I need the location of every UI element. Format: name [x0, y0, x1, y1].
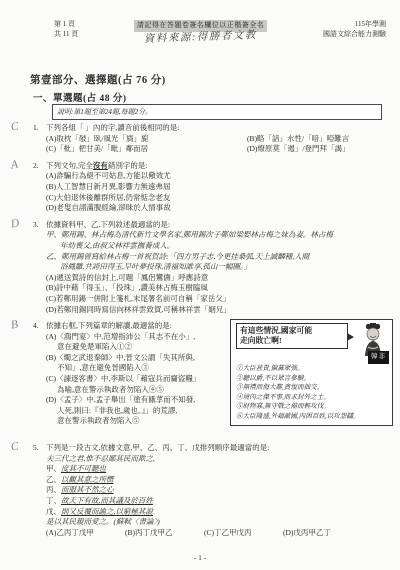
- ordering-item: 丁、故天下有故,而其議及於百姓: [46, 496, 393, 507]
- option: (A)遞送賀詩的信封上,可題「鳳侶鸞儔」呼應詩意: [46, 273, 393, 284]
- question-number: 3.: [33, 220, 46, 231]
- option-continued: 不知」,意在避免晉國陷入③: [57, 363, 235, 374]
- item-text: 則又反覆而諭之,以窮極其說: [61, 507, 153, 516]
- speech-bubble-line: 走向敗亡啊!: [240, 336, 344, 346]
- stem-text: 下列是一段古文,依據文意,甲、乙、丙、丁、戊排列順序最適當的是:: [46, 443, 269, 452]
- option: (D)戊丙甲乙丁: [283, 528, 362, 539]
- ordering-item: 甲、度其不可聽也: [46, 464, 393, 475]
- page-total-line: 共 11 頁: [54, 30, 78, 40]
- item-label: 乙、: [46, 475, 61, 484]
- option: (B)人工智慧日新月異,影響力無遠弗屆: [46, 182, 393, 193]
- exam-page: 第 1 頁 共 11 頁 請記得在答題卷簽名欄位以正楷簽全名 資料來源:得勝者文…: [0, 0, 400, 570]
- question-stem: 2.下列文句,完全沒有錯別字的是:: [33, 161, 393, 172]
- part-title: 第壹部分、選擇題(占 76 分): [30, 72, 166, 87]
- question-number: 5.: [33, 443, 46, 454]
- option: (D)老叟自詡滿腹經綸,卻昧於人情事故: [46, 203, 393, 214]
- item-label: 甲、: [46, 464, 61, 473]
- answer-options-row: (A)乙丙丁戊甲(B)丙丁戊甲乙(C)丁乙甲戊丙(D)戊丙甲乙丁: [46, 528, 393, 539]
- header-center: 請記得在答題卷簽名欄位以正楷簽全名 資料來源:得勝者文教: [78, 20, 323, 42]
- handwritten-answer-mark: D: [10, 218, 20, 230]
- exam-info: 115年學測 國語文綜合能力測驗: [323, 20, 386, 39]
- handwritten-answer-mark: C: [10, 121, 19, 133]
- item-label: 戊、: [46, 507, 61, 516]
- option: (D)〈孟子〉中,孟子舉出「塗有餓莩而不知發,: [46, 395, 224, 406]
- instructions-box: 說明:第1題至第24題,每題2分。: [52, 104, 382, 120]
- option-row: (A)取枕「攲」臥/風光「旖」旎(B)略「諳」水性/「喑」啞難言: [46, 134, 393, 145]
- stem-text: 下列各組「 」內的字,讀音前後相同的是:: [46, 123, 179, 132]
- item-text: 以觀其意之所嚮: [61, 475, 114, 484]
- option-continued: 意在避免楚軍陷入①②: [57, 342, 235, 353]
- question-stem: 5.下列是一段古文,依據文意,甲、乙、丙、丁、戊排列順序最適當的是:: [33, 443, 393, 454]
- ordering-item: 乙、以觀其意之所嚮: [46, 475, 393, 486]
- doom-signs-list: ①大臣甚貴,偏黨眾強。②聽以爵,不以眾言參驗。③無禮而侮大鄰,貪愎而拙交。④境內…: [236, 364, 388, 422]
- stem-text: 依據右框,下列篇章的解讀,最適當的是:: [46, 321, 172, 330]
- question-number: 1.: [33, 123, 46, 134]
- doom-sign-item: ④境內之傑不事,而求封外之士。: [236, 393, 388, 403]
- material-text: 甲、鄭用錫、林占梅為清代新竹文學名家,鄭用錫次子鄭如梁娶林占梅之妹為妻。林占梅: [46, 230, 393, 241]
- item-label: 丁、: [46, 496, 61, 505]
- option: (A)乙丙丁戊甲: [46, 528, 125, 539]
- question-2: A2.下列文句,完全沒有錯別字的是:(A)詐騙行為絕不可姑息,方能以儆效尤(B)…: [33, 161, 393, 214]
- material-text: 浴鳳雛,共誇田得玉,早叶夢投珠,清福知誰享,孤山一幅圖。」: [60, 262, 393, 273]
- option: (B)丙丁戊甲乙: [125, 528, 204, 539]
- doom-sign-item: ③無禮而侮大鄰,貪愎而拙交。: [236, 383, 388, 393]
- option: (D)燎原莫「遏」/登門拜「謁」: [247, 144, 350, 155]
- option-continued: 人死,則曰:『非我也,歲也。』」的荒謬,: [57, 406, 235, 417]
- handwritten-answer-mark: C: [10, 442, 19, 454]
- question-stem: 3.依據資料甲、乙,下列敘述最適當的是:: [33, 220, 393, 231]
- option-row: (C)「枇」杷甘美/「毗」鄰而居(D)燎原莫「遏」/登門拜「謁」: [46, 144, 393, 155]
- questions-list: C1.下列各組「 」內的字,讀音前後相同的是:(A)取枕「攲」臥/風光「旖」旎(…: [33, 123, 393, 544]
- option-continued: 為喻,意在警示執政者勿陷入④⑤: [57, 385, 235, 396]
- option-continued: 意在警示執政者勿陷入⑤: [57, 416, 235, 427]
- material-text: 乙、鄭用錫曾寫給林占梅一首祝賀詩:「四方男子志,今更挂桑弧,天上誠麟種,人間: [46, 252, 393, 263]
- character-name-badge: 韓非: [368, 351, 389, 364]
- subsection-title: 一、單選題(占 48 分): [33, 90, 127, 104]
- handwritten-answer-mark: A: [10, 159, 19, 171]
- item-text: 故天下有故,而其議及於百姓: [61, 496, 153, 505]
- exam-year: 115年學測: [323, 20, 386, 30]
- page-number-line: 第 1 頁: [54, 20, 78, 30]
- stem-emphasis: 沒有: [93, 161, 108, 170]
- option: (C)大伯退休後離群所居,仍常惦念老友: [46, 193, 393, 204]
- option: (B)略「諳」水性/「喑」啞難言: [247, 134, 349, 145]
- doom-sign-item: ⑥大臣隆盛,外藉敵國,內困百姓,以攻怨讎。: [236, 412, 388, 422]
- item-text: 而服其不然之心: [61, 485, 114, 494]
- question-number: 4.: [33, 321, 46, 332]
- option: (C)〈諫逐客書〉中,李斯以「藉寇兵而齎盜糧」: [46, 374, 224, 385]
- material-text: 年幼喪父,由叔父林祥雲撫養成人。: [60, 241, 393, 252]
- doom-sign-item: ②聽以爵,不以眾言參驗。: [236, 374, 388, 384]
- page-header: 第 1 頁 共 11 頁 請記得在答題卷簽名欄位以正楷簽全名 資料來源:得勝者文…: [30, 20, 386, 42]
- material-text: 夫三代之君,惟不忍鄙其民而欺之,: [46, 454, 393, 465]
- item-label: 丙、: [46, 485, 61, 494]
- question-stem: 1.下列各組「 」內的字,讀音前後相同的是:: [33, 123, 393, 134]
- option: (C)丁乙甲戊丙: [204, 528, 283, 539]
- question-3: D3.依據資料甲、乙,下列敘述最適當的是:甲、鄭用錫、林占梅為清代新竹文學名家,…: [33, 220, 393, 315]
- option: (B)〈燭之武退秦師〉中,晉文公謂「失其所與,: [46, 353, 224, 364]
- stem-text: 依據資料甲、乙,下列敘述最適當的是:: [46, 220, 170, 229]
- ordering-item: 戊、則又反覆而諭之,以窮極其說: [46, 507, 393, 518]
- material-text: 是以其民親而愛之。(蘇軾〈書論〉): [46, 517, 393, 528]
- stem-text: 下列文句,完全: [46, 161, 93, 170]
- question-5: C5.下列是一段古文,依據文意,甲、乙、丙、丁、戊排列順序最適當的是:夫三代之君…: [33, 443, 393, 538]
- page-footer: - 1 -: [0, 553, 400, 562]
- question-1: C1.下列各組「 」內的字,讀音前後相同的是:(A)取枕「攲」臥/風光「旖」旎(…: [33, 123, 393, 155]
- exam-name: 國語文綜合能力測驗: [323, 30, 386, 40]
- doom-sign-item: ⑤財物寡,無守戰之備而輕攻伐。: [236, 402, 388, 412]
- ordering-item: 丙、而服其不然之心: [46, 485, 393, 496]
- option: (B)詩中藉「得玉」、「投珠」,讚美林占梅玉樹臨風: [46, 283, 393, 294]
- page-count: 第 1 頁 共 11 頁: [30, 20, 78, 39]
- question-stem: 4.依據右框,下列篇章的解讀,最適當的是:: [33, 321, 211, 332]
- option: (D)若鄭用錫同時寫信向林祥雲致賀,可稱林祥雲「姻兄」: [46, 305, 393, 316]
- speech-bubble-line: 有這些情況,國家可能: [240, 326, 344, 336]
- option: (C)「枇」杷甘美/「毗」鄰而居: [46, 144, 247, 155]
- question-4: B4.依據右框,下列篇章的解讀,最適當的是:(A)〈鴻門宴〉中,范增指沛公「其志…: [33, 321, 393, 437]
- hint-box-top: 有這些情況,國家可能走向敗亡啊!韓非: [236, 323, 388, 360]
- option: (A)取枕「攲」臥/風光「旖」旎: [46, 134, 247, 145]
- option: (C)若鄭用錫一併附上箋札,末尾署名前可自稱「家岳父」: [46, 294, 393, 305]
- item-text: 度其不可聽也: [61, 464, 106, 473]
- doom-sign-item: ①大臣甚貴,偏黨眾強。: [236, 364, 388, 374]
- speech-bubble: 有這些情況,國家可能走向敗亡啊!: [236, 323, 348, 349]
- handwritten-answer-mark: B: [10, 320, 19, 332]
- option: (A)〈鴻門宴〉中,范增指沛公「其志不在小」,: [46, 332, 224, 343]
- stem-text: 錯別字的是:: [108, 161, 148, 170]
- option: (A)詐騙行為絕不可姑息,方能以儆效尤: [46, 171, 393, 182]
- question-number: 2.: [33, 161, 46, 172]
- hint-box: 有這些情況,國家可能走向敗亡啊!韓非①大臣甚貴,偏黨眾強。②聽以爵,不以眾言參驗…: [230, 319, 393, 426]
